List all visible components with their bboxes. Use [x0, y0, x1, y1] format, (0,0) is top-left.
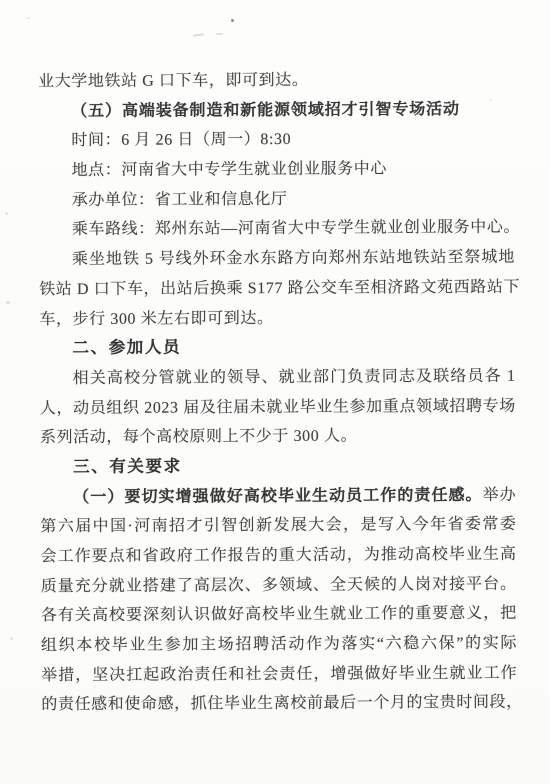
text-segment: 会工作要点和省政府工作报告的重大活动，为推动高校毕业生高	[41, 546, 517, 565]
scanned-document-page: 业大学地铁站 G 口下车，即可到达。（五）高端装备制造和新能源领域招才引智专场活…	[0, 0, 550, 784]
text-segment: 铁站 D 口下车，出站后换乘 S177 路公交车至相济路文苑西路站下	[39, 279, 520, 299]
text-segment: 时间：6 月 26 日（周一）8:30	[71, 131, 291, 149]
document-lines: 业大学地铁站 G 口下车，即可到达。（五）高端装备制造和新能源领域招才引智专场活…	[38, 65, 517, 721]
text-segment: 质量充分就业搭建了高层次、多领域、全天候的人岗对接平台。	[41, 575, 517, 594]
scan-speck	[10, 637, 13, 640]
text-segment: （五）高端装备制造和新能源领域招才引智专场活动	[71, 101, 460, 120]
line-requirement-1-body-5: 组织本校毕业生参加主场招聘活动作为落实“六稳六保”的实际	[41, 629, 517, 661]
scan-speck	[193, 33, 204, 37]
line-requirement-1-body-1: 第六届中国·河南招才引智创新发展大会，是写入今年省委常委	[40, 510, 516, 542]
line-event-organizer: 承办单位：省工业和信息化厅	[39, 184, 515, 216]
scan-speck	[27, 17, 30, 19]
text-segment: 地点：河南省大中专学生就业创业服务中心	[72, 160, 387, 179]
text-segment: 车，步行 300 米左右即可到达。	[39, 310, 273, 328]
scan-speck	[216, 33, 223, 35]
text-segment: 系列活动，每个高校原则上不少于 300 人。	[40, 428, 357, 447]
section-heading-requirements: 三、有关要求	[40, 451, 516, 483]
line-route-detail-3: 车，步行 300 米左右即可到达。	[39, 302, 515, 334]
line-requirement-1-body-7: 的责任感和使命感，抓住毕业生离校前最后一个月的宝贵时间段，	[41, 688, 517, 720]
text-segment: 各有关高校要深刻认识做好高校毕业生就业工作的重要意义，把	[41, 605, 517, 624]
text-segment: 的责任感和使命感，抓住毕业生离校前最后一个月的宝贵时间段，	[41, 694, 522, 714]
section-heading-participants: 二、参加人员	[39, 332, 515, 364]
text-segment: 业大学地铁站 G 口下车，即可到达。	[38, 72, 308, 90]
line-arrival-g-exit: 业大学地铁站 G 口下车，即可到达。	[38, 65, 514, 97]
text-segment: 第六届中国·河南招才引智创新发展大会，是写入今年省委常委	[40, 516, 516, 535]
text-segment: 三、有关要求	[73, 457, 182, 476]
line-requirement-1-body-2: 会工作要点和省政府工作报告的重大活动，为推动高校毕业生高	[40, 540, 516, 572]
section-heading-5-event: （五）高端装备制造和新能源领域招才引智专场活动	[38, 94, 514, 126]
text-segment: 乘坐地铁 5 号线外环金水东路方向郑州东站地铁站至祭城地	[72, 249, 515, 268]
line-participants-2: 人，动员组织 2023 届及往届未就业毕业生参加重点领域招聘专场	[40, 391, 516, 423]
text-segment: 二、参加人员	[72, 339, 181, 358]
line-route-detail-1: 乘坐地铁 5 号线外环金水东路方向郑州东站地铁站至祭城地	[39, 243, 515, 275]
line-requirement-1-body-4: 各有关高校要深刻认识做好高校毕业生就业工作的重要意义，把	[41, 599, 517, 631]
text-segment: 举措，坚决扛起政治责任和社会责任，增强做好毕业生就业工作	[41, 664, 517, 683]
scan-speck	[6, 301, 10, 304]
line-route-summary: 乘车路线：郑州东站—河南省大中专学生就业创业服务中心。	[39, 213, 515, 245]
text-segment: 举办	[483, 486, 517, 503]
line-requirement-1-lead: （一）要切实增强做好高校毕业生动员工作的责任感。举办	[40, 480, 516, 512]
line-requirement-1-body-6: 举措，坚决扛起政治责任和社会责任，增强做好毕业生就业工作	[41, 658, 517, 690]
scan-speck	[231, 19, 234, 22]
text-segment: 组织本校毕业生参加主场招聘活动作为落实“六稳六保”的实际	[41, 635, 517, 654]
text-segment: 乘车路线：郑州东站—河南省大中专学生就业创业服务中心。	[72, 219, 520, 238]
scan-speck	[5, 212, 8, 215]
text-segment: （一）要切实增强做好高校毕业生动员工作的责任感。	[73, 487, 482, 506]
line-participants-1: 相关高校分管就业的领导、就业部门负责同志及联络员各 1	[40, 362, 516, 394]
text-segment: 承办单位：省工业和信息化厅	[72, 191, 288, 209]
text-segment: 相关高校分管就业的领导、就业部门负责同志及联络员各 1	[73, 368, 516, 387]
line-event-time: 时间：6 月 26 日（周一）8:30	[38, 124, 514, 156]
line-participants-3: 系列活动，每个高校原则上不少于 300 人。	[40, 421, 516, 453]
text-segment: 人，动员组织 2023 届及往届未就业毕业生参加重点领域招聘专场	[40, 397, 516, 416]
line-requirement-1-body-3: 质量充分就业搭建了高层次、多领域、全天候的人岗对接平台。	[41, 569, 517, 601]
line-route-detail-2: 铁站 D 口下车，出站后换乘 S177 路公交车至相济路文苑西路站下	[39, 273, 515, 305]
line-event-location: 地点：河南省大中专学生就业创业服务中心	[38, 154, 514, 186]
